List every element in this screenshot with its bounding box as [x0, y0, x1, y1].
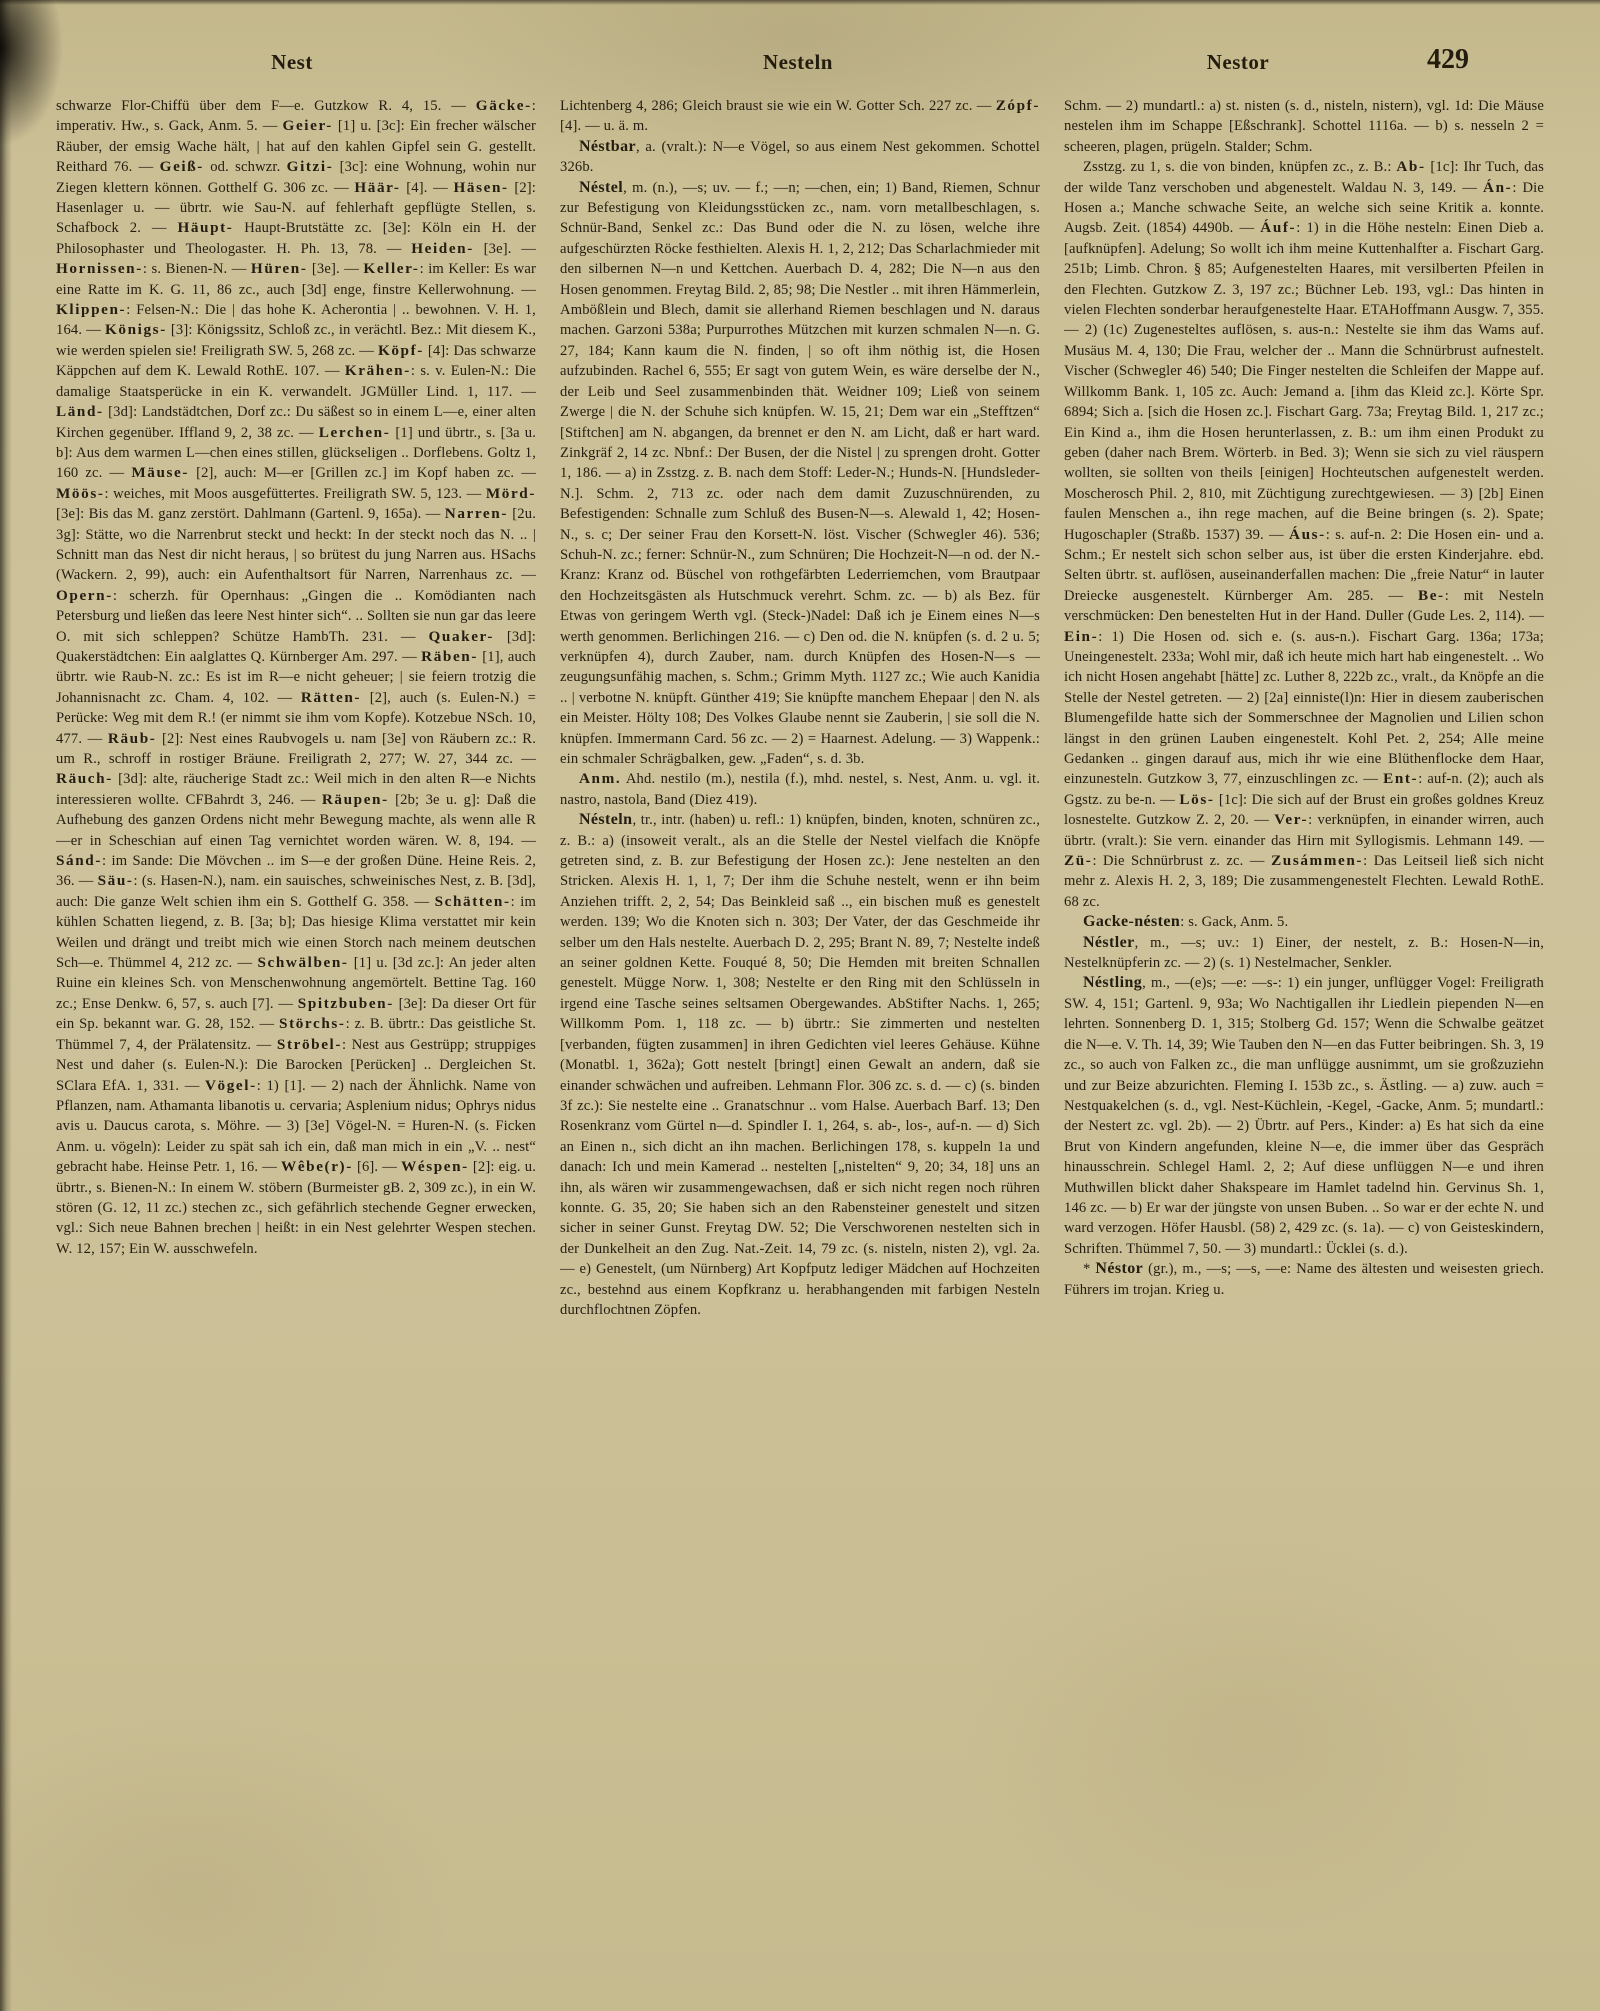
dictionary-paragraph: Néstbar, a. (vralt.): N—e Vögel, so aus …: [560, 137, 1040, 178]
running-head-left: Nest: [271, 50, 313, 75]
compound-headword: Ab-: [1396, 158, 1425, 175]
compound-headword: Áuf-: [1260, 219, 1296, 236]
compound-headword: Häär-: [354, 179, 400, 196]
compound-headword: Länd-: [56, 403, 104, 420]
compound-headword: Opern-: [56, 587, 113, 604]
dictionary-paragraph: Néstling, m., —(e)s; —e: —s-: 1) ein jun…: [1064, 973, 1544, 1259]
compound-headword: Mörd-: [486, 485, 536, 502]
entry-headword: Nésteln: [579, 811, 632, 828]
compound-headword: Án-: [1483, 179, 1512, 196]
dictionary-paragraph: schwarze Flor-Chiffü über dem F—e. Gutzk…: [56, 96, 536, 1259]
compound-headword: Königs-: [105, 321, 167, 338]
compound-headword: Krähen-: [345, 362, 411, 379]
scan-edge-shadow: [0, 0, 12, 2011]
dictionary-paragraph: Gacke-nésten: s. Gack, Anm. 5.: [1064, 912, 1544, 932]
page-header: Nest Nesteln Nestor 429: [0, 0, 1600, 95]
dictionary-paragraph: Néstler, m., —s; uv.: 1) Einer, der nest…: [1064, 933, 1544, 974]
right-column: Schm. — 2) mundartl.: a) st. nisten (s. …: [1064, 96, 1544, 1981]
compound-headword: Zópf-: [996, 97, 1040, 114]
compound-headword: Möös-: [56, 485, 105, 502]
compound-headword: Áus-: [1289, 526, 1326, 543]
compound-headword: Sánd-: [56, 852, 102, 869]
text-columns: schwarze Flor-Chiffü über dem F—e. Gutzk…: [56, 96, 1544, 1981]
compound-headword: Häsen-: [454, 179, 509, 196]
compound-headword: Narren-: [445, 505, 508, 522]
dictionary-paragraph: Schm. — 2) mundartl.: a) st. nisten (s. …: [1064, 96, 1544, 157]
compound-headword: Säu-: [98, 872, 134, 889]
compound-headword: Räuch-: [56, 770, 113, 787]
entry-headword: Gacke-nésten: [1083, 913, 1180, 930]
dictionary-paragraph: * Néstor (gr.), m., —s; —s, —e: Name des…: [1064, 1259, 1544, 1300]
compound-headword: Hüren-: [251, 260, 308, 277]
compound-headword: Schwälben-: [257, 954, 348, 971]
dictionary-paragraph: Lichtenberg 4, 286; Gleich braust sie wi…: [560, 96, 1040, 137]
dictionary-paragraph: Néstel, m. (n.), —s; uv. — f.; —n; —chen…: [560, 178, 1040, 770]
compound-headword: Zü-: [1064, 852, 1092, 869]
compound-headword: Räupen-: [322, 791, 389, 808]
compound-headword: Gäcke-: [476, 97, 532, 114]
compound-headword: Räben-: [421, 648, 478, 665]
compound-headword: Klippen-: [56, 301, 126, 318]
compound-headword: Keller-: [363, 260, 419, 277]
dictionary-paragraph: Nésteln, tr., intr. (haben) u. refl.: 1)…: [560, 810, 1040, 1320]
dictionary-paragraph: Anm. Ahd. nestilo (m.), nestila (f.), mh…: [560, 769, 1040, 810]
compound-headword: Zusámmen-: [1271, 852, 1363, 869]
compound-headword: Wêbe(r)-: [281, 1158, 353, 1175]
compound-headword: Ver-: [1274, 811, 1308, 828]
dictionary-paragraph: Zsstzg. zu 1, s. die von binden, knüpfen…: [1064, 157, 1544, 912]
entry-headword: Néstor: [1095, 1260, 1143, 1277]
compound-headword: Anm.: [579, 770, 621, 787]
compound-headword: Gitzi-: [287, 158, 334, 175]
entry-headword: Néstling: [1083, 974, 1142, 991]
entry-headword: Néstel: [579, 179, 623, 196]
compound-headword: Be-: [1418, 587, 1445, 604]
compound-headword: Heiden-: [411, 240, 474, 257]
dictionary-page-scan: Nest Nesteln Nestor 429 schwarze Flor-Ch…: [0, 0, 1600, 2011]
running-head-center: Nesteln: [763, 50, 833, 75]
page-number: 429: [1427, 44, 1469, 76]
compound-headword: Schätten-: [435, 893, 511, 910]
compound-headword: Geier-: [283, 117, 333, 134]
compound-headword: Lerchen-: [319, 424, 391, 441]
compound-headword: Räub-: [108, 730, 157, 747]
compound-headword: Mäuse-: [131, 464, 189, 481]
compound-headword: Ströbel-: [277, 1036, 342, 1053]
compound-headword: Geiß-: [160, 158, 204, 175]
compound-headword: Vögel-: [205, 1077, 257, 1094]
compound-headword: Häupt-: [177, 219, 233, 236]
compound-headword: Quaker-: [429, 628, 494, 645]
compound-headword: Ein-: [1064, 628, 1098, 645]
compound-headword: Störchs-: [279, 1015, 346, 1032]
compound-headword: Rätten-: [301, 689, 361, 706]
compound-headword: Köpf-: [378, 342, 424, 359]
entry-headword: Néstler: [1083, 934, 1135, 951]
compound-headword: Wéspen-: [401, 1158, 469, 1175]
entry-headword: Néstbar: [579, 138, 636, 155]
left-column: schwarze Flor-Chiffü über dem F—e. Gutzk…: [56, 96, 536, 1981]
compound-headword: Hornissen-: [56, 260, 143, 277]
middle-column: Lichtenberg 4, 286; Gleich braust sie wi…: [560, 96, 1040, 1981]
compound-headword: Lös-: [1179, 791, 1214, 808]
compound-headword: Spitzbuben-: [298, 995, 394, 1012]
running-head-right: Nestor: [1207, 50, 1269, 75]
compound-headword: Ent-: [1383, 770, 1418, 787]
